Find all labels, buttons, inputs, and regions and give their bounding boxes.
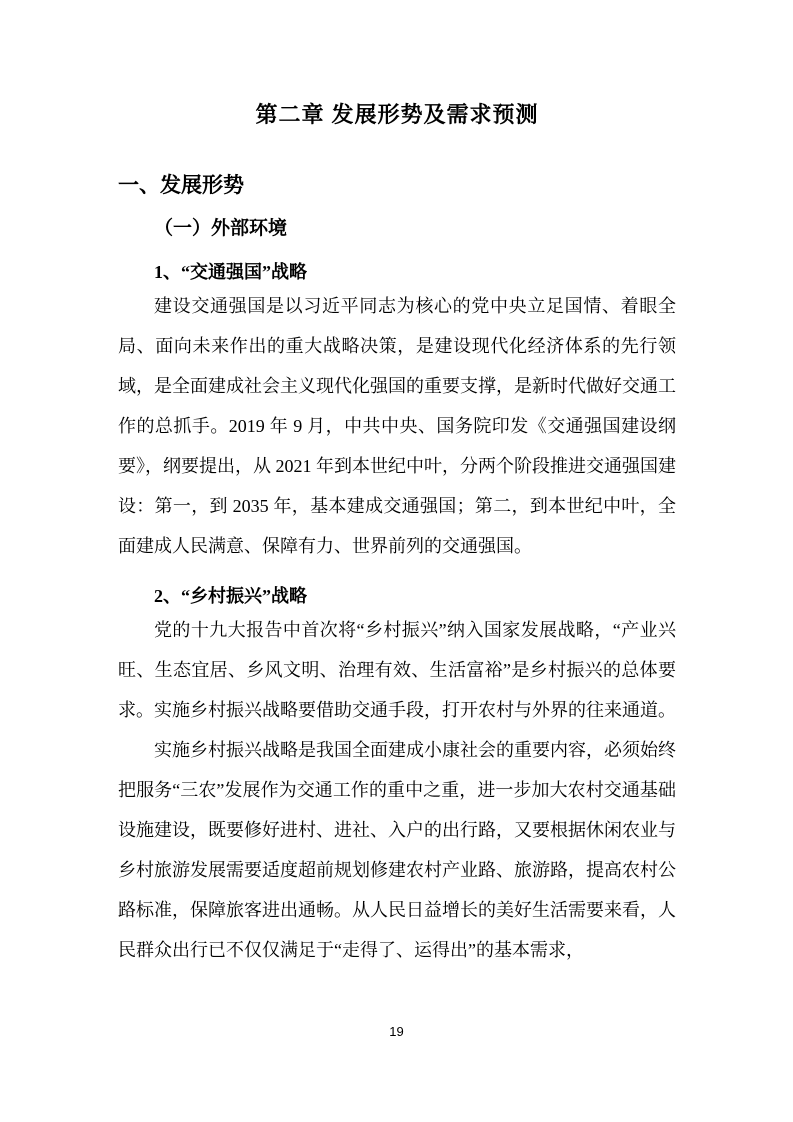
page-number: 19: [0, 1024, 793, 1040]
paragraph-rural-revitalization-1: 党的十九大报告中首次将“乡村振兴”纳入国家发展战略，“产业兴旺、生态宜居、乡风文…: [118, 610, 676, 730]
paragraph-transport-power: 建设交通强国是以习近平同志为核心的党中央立足国情、着眼全局、面向未来作出的重大战…: [118, 286, 676, 566]
page-content: 第二章 发展形势及需求预测 一、发展形势 （一）外部环境 1、“交通强国”战略 …: [118, 0, 676, 970]
chapter-title: 第二章 发展形势及需求预测: [118, 100, 676, 130]
subsection-heading-external-environment: （一）外部环境: [154, 216, 676, 242]
topic-heading-rural-revitalization-strategy: 2、“乡村振兴”战略: [154, 582, 676, 610]
topic-heading-transport-power-strategy: 1、“交通强国”战略: [154, 258, 676, 286]
document-page: 第二章 发展形势及需求预测 一、发展形势 （一）外部环境 1、“交通强国”战略 …: [0, 0, 793, 1122]
section-heading-development-situation: 一、发展形势: [118, 171, 676, 200]
paragraph-rural-revitalization-2: 实施乡村振兴战略是我国全面建成小康社会的重要内容，必须始终把服务“三农”发展作为…: [118, 730, 676, 970]
